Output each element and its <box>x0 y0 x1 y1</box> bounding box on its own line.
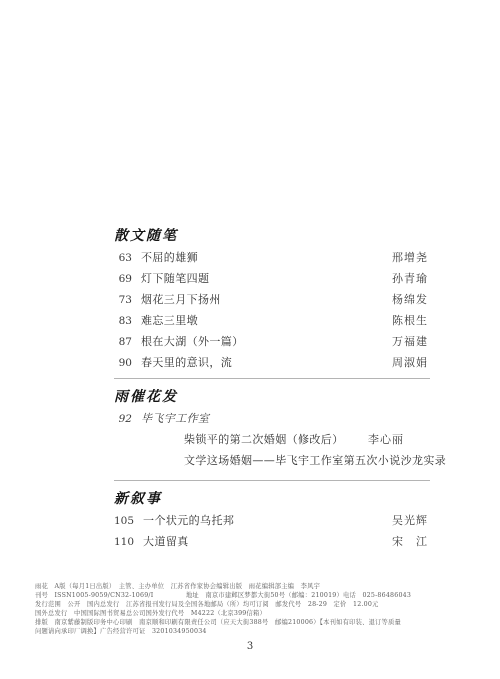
item-title: 毕飞宇工作室 <box>141 408 209 429</box>
item-title: 一个状元的乌托邦 <box>143 510 234 531</box>
imprint-line: 国外总发行 中国国际图书贸易总公司国外发行代号 M4222（北京399信箱） <box>35 609 475 618</box>
imprint-line: 雨花 A版（每月1日出版） 主管、主办单位 江苏省作家协会编辑出版 雨花编辑部主… <box>35 582 475 591</box>
toc-item-row: 73 烟花三月下扬州 杨绵发 <box>114 289 430 310</box>
imprint-block: 雨花 A版（每月1日出版） 主管、主办单位 江苏省作家协会编辑出版 雨花编辑部主… <box>35 582 475 636</box>
item-title: 根在大湖（外一篇） <box>141 331 244 352</box>
toc-item-row: 105 一个状元的乌托邦 吴光辉 <box>114 510 430 531</box>
section-divider <box>114 378 430 379</box>
toc-item-row: 110 大道留真 宋 江 <box>114 531 430 552</box>
item-author: 邢增尧 <box>392 247 430 268</box>
item-author: 吴光辉 <box>392 510 430 531</box>
page-folio-number: 3 <box>0 641 500 652</box>
toc-subitem-row: 柴锁平的第二次婚姻（修改后） 李心丽 <box>114 429 430 450</box>
item-author: 万福建 <box>392 331 430 352</box>
item-page-number: 87 <box>114 332 132 353</box>
item-page-number: 110 <box>114 532 134 553</box>
item-title: 不屈的雄狮 <box>141 247 198 268</box>
magazine-toc-page: 散文随笔 63 不屈的雄狮 邢增尧 69 灯下随笔四题 孙青瑜 73 烟花三月下… <box>0 0 500 679</box>
item-page-number: 92 <box>114 409 132 430</box>
item-author: 孙青瑜 <box>392 268 430 289</box>
toc-subitem-row: 文学这场婚姻——毕飞宇工作室第五次小说沙龙实录 <box>114 450 430 471</box>
item-title: 大道留真 <box>143 531 189 552</box>
item-author: 李心丽 <box>368 429 430 450</box>
toc-item-row: 92 毕飞宇工作室 <box>114 408 430 429</box>
imprint-line: 刊号 ISSN1005-9059/CN32-1069/I 地址 南京市建邺区梦都… <box>35 591 475 600</box>
item-author: 陈根生 <box>392 310 430 331</box>
imprint-line: 发行范围 公开 国内总发行 江苏省报刊发行局及全国各地邮局（所）均可订阅 邮发代… <box>35 600 475 609</box>
toc-item-row: 69 灯下随笔四题 孙青瑜 <box>114 268 430 289</box>
item-page-number: 105 <box>114 511 134 532</box>
item-page-number: 73 <box>114 290 132 311</box>
section-divider <box>114 480 430 481</box>
toc-item-row: 90 春天里的意识，流 周淑娟 <box>114 352 430 373</box>
item-title: 灯下随笔四题 <box>141 268 209 289</box>
item-page-number: 63 <box>114 248 132 269</box>
item-author: 周淑娟 <box>392 352 430 373</box>
item-title: 烟花三月下扬州 <box>141 289 221 310</box>
item-author: 杨绵发 <box>392 289 430 310</box>
item-page-number: 83 <box>114 311 132 332</box>
item-author: 宋 江 <box>392 531 430 552</box>
section-title-essays: 散文随笔 <box>114 226 430 247</box>
imprint-line: 排版 南京紫藤制版印务中心印刷 南京顺和印刷有限责任公司（应天大街388号 邮编… <box>35 618 475 627</box>
item-page-number: 69 <box>114 269 132 290</box>
section-title-yucuihuafa: 雨催花发 <box>114 387 430 408</box>
section-title-new-narrative: 新叙事 <box>114 489 430 510</box>
item-page-number: 90 <box>114 353 132 374</box>
item-title: 文学这场婚姻——毕飞宇工作室第五次小说沙龙实录 <box>184 450 446 471</box>
item-title: 春天里的意识，流 <box>141 352 232 373</box>
item-title: 难忘三里墩 <box>141 310 198 331</box>
imprint-line: 问题请向承印厂调换】广告经营许可证 3201034950034 <box>35 627 475 636</box>
toc-item-row: 87 根在大湖（外一篇） 万福建 <box>114 331 430 352</box>
table-of-contents: 散文随笔 63 不屈的雄狮 邢增尧 69 灯下随笔四题 孙青瑜 73 烟花三月下… <box>114 226 430 552</box>
toc-item-row: 83 难忘三里墩 陈根生 <box>114 310 430 331</box>
item-title: 柴锁平的第二次婚姻（修改后） <box>184 429 344 450</box>
toc-item-row: 63 不屈的雄狮 邢增尧 <box>114 247 430 268</box>
